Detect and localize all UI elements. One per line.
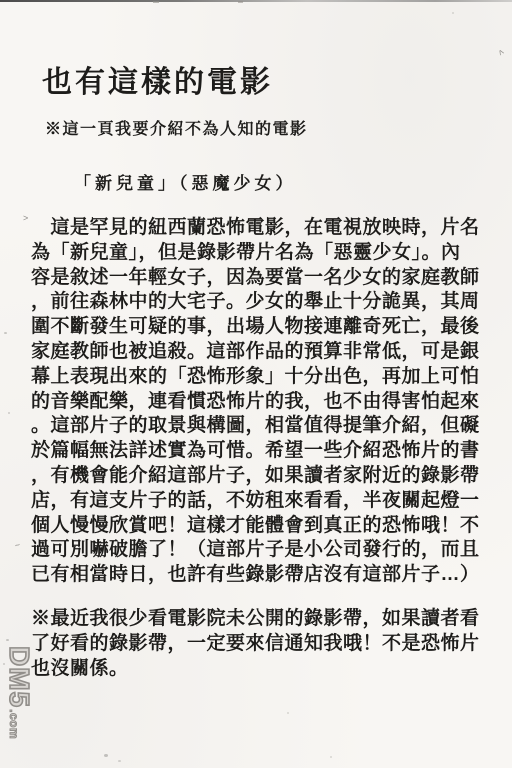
page-title: 也有這樣的電影	[42, 57, 273, 101]
scan-speckle: ~	[14, 540, 22, 550]
scan-speckle	[238, 1, 243, 3]
scan-speckle	[8, 412, 10, 414]
scan-speckle: <	[495, 48, 505, 57]
scan-speckle	[3, 663, 5, 665]
scan-speckle	[4, 332, 7, 334]
watermark-suffix-text: .com	[7, 709, 21, 739]
scanned-book-page: 也有這樣的電影 ※這一頁我要介紹不為人知的電影 「新兒童」（惡魔少女） 這是罕見…	[0, 0, 512, 768]
scan-speckle	[330, 756, 332, 758]
scan-speckle: >	[23, 214, 28, 223]
scan-speckle	[104, 754, 108, 757]
scan-edge-artifact	[0, 0, 512, 2]
scan-speckle	[452, 12, 454, 14]
scan-speckle	[287, 712, 289, 714]
film-title-heading: 「新兒童」（惡魔少女）	[74, 169, 297, 194]
scan-speckle	[6, 639, 9, 641]
footer-note: ※最近我很少看電影院未公開的錄影帶，如果讀者看 了好看的錄影帶，一定要來信通知我…	[31, 606, 497, 681]
watermark-brand-text: DM5	[5, 646, 33, 708]
review-paragraph: 這是罕見的紐西蘭恐怖電影，在電視放映時，片名 為「新兒童」，但是錄影帶片名為「惡…	[31, 216, 497, 588]
scan-speckle	[118, 760, 121, 762]
scan-speckle	[153, 1, 159, 3]
intro-note: ※這一頁我要介紹不為人知的電影	[45, 116, 308, 139]
dm5-watermark-logo: DM5 .com	[6, 646, 33, 768]
